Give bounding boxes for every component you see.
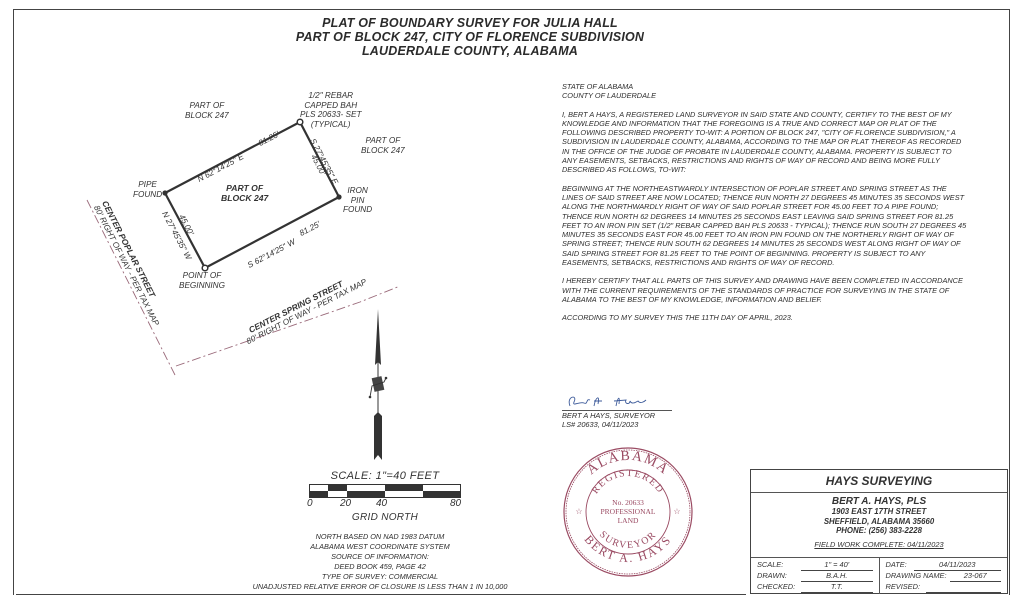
scale-value: 1" = 40' bbox=[801, 560, 873, 571]
label-line: FOUND bbox=[343, 205, 372, 215]
company-phone: PHONE: (256) 383-2228 bbox=[751, 526, 1007, 536]
note-closure: UNADJUSTED RELATIVE ERROR OF CLOSURE IS … bbox=[230, 582, 530, 592]
county-line: COUNTY OF LAUDERDALE bbox=[562, 91, 967, 100]
scale-bar-graphic bbox=[310, 485, 460, 497]
scale-label: SCALE: bbox=[757, 560, 801, 571]
adjacent-parcel-ne: PART OF BLOCK 247 bbox=[361, 136, 405, 155]
label-line: PIN bbox=[343, 196, 372, 206]
star-icon: ☆ bbox=[673, 507, 680, 516]
signature-block: BERT A HAYS, SURVEYOR LS# 20633, 04/11/2… bbox=[562, 392, 672, 429]
note-source-heading: SOURCE OF INFORMATION: bbox=[230, 552, 530, 562]
scale-bar bbox=[309, 484, 461, 498]
corner-pipe-found bbox=[162, 190, 167, 195]
certification-paragraph: I, BERT A HAYS, A REGISTERED LAND SURVEY… bbox=[562, 110, 967, 175]
seal-professional: PROFESSIONAL bbox=[600, 507, 655, 516]
signature-line bbox=[562, 392, 672, 411]
standards-certification: I HEREBY CERTIFY THAT ALL PARTS OF THIS … bbox=[562, 276, 967, 304]
drawing-info: SCALE:1" = 40' DRAWN:B.A.H. CHECKED:T.T.… bbox=[751, 557, 1007, 594]
graphic-scale: SCALE: 1"=40 FEET 0 20 40 80 GRID NORTH bbox=[290, 470, 480, 523]
surveyor-pls: BERT A. HAYS, PLS bbox=[751, 496, 1007, 507]
date-value: 04/11/2023 bbox=[914, 560, 1002, 571]
revised-value bbox=[926, 582, 1002, 593]
scale-ticks: 0 20 40 80 bbox=[300, 498, 470, 510]
drawn-value: B.A.H. bbox=[801, 571, 873, 582]
label-line: IRON bbox=[343, 186, 372, 196]
corner-point-of-beginning bbox=[202, 265, 208, 271]
rebar-set-note: 1/2" REBAR CAPPED BAH PLS 20633- SET (TY… bbox=[300, 91, 361, 129]
checked-value: T.T. bbox=[801, 582, 873, 593]
adjacent-label-line: BLOCK 247 bbox=[361, 146, 405, 156]
legal-description: BEGINNING AT THE NORTHEASTWARDLY INTERSE… bbox=[562, 184, 967, 268]
seal-license: No. 20633 bbox=[612, 498, 644, 507]
date-label: DATE: bbox=[886, 560, 914, 571]
date-row: DATE:04/11/2023 bbox=[886, 560, 1002, 571]
professional-seal: ALABAMA BERT A. HAYS REGISTERED SURVEYOR… bbox=[562, 446, 694, 578]
parcel-label: PART OF BLOCK 247 bbox=[221, 184, 268, 203]
surveyor-name: BERT A HAYS, SURVEYOR bbox=[562, 411, 672, 420]
iron-pin-found-label: IRON PIN FOUND bbox=[343, 186, 372, 215]
adjacent-label-line: BLOCK 247 bbox=[185, 111, 229, 121]
pipe-found-label: PIPE FOUND bbox=[133, 180, 162, 199]
drawn-label: DRAWN: bbox=[757, 571, 801, 582]
label-line: POINT OF bbox=[179, 271, 225, 281]
certificate-header: STATE OF ALABAMA COUNTY OF LAUDERDALE bbox=[562, 82, 967, 101]
adjacent-parcel-nw: PART OF BLOCK 247 bbox=[185, 101, 229, 120]
survey-notes: NORTH BASED ON NAD 1983 DATUM ALABAMA WE… bbox=[230, 532, 530, 592]
survey-date-statement: ACCORDING TO MY SURVEY THIS THE 11TH DAY… bbox=[562, 313, 967, 322]
scale-tick: 0 bbox=[307, 498, 313, 509]
note-survey-type: TYPE OF SURVEY: COMMERCIAL bbox=[230, 572, 530, 582]
point-of-beginning-label: POINT OF BEGINNING bbox=[179, 271, 225, 290]
revised-label: REVISED: bbox=[886, 582, 926, 593]
company-address-1: 1903 EAST 17TH STREET bbox=[751, 507, 1007, 517]
signature-icon bbox=[564, 392, 654, 410]
drawing-name-row: DRAWING NAME:23-067 bbox=[886, 571, 1002, 582]
checked-row: CHECKED:T.T. bbox=[757, 582, 873, 593]
corner-iron-pin bbox=[336, 194, 341, 199]
license-number: LS# 20633, 04/11/2023 bbox=[562, 420, 672, 429]
drawing-name-value: 23-067 bbox=[950, 571, 1002, 582]
title-block: HAYS SURVEYING BERT A. HAYS, PLS 1903 EA… bbox=[750, 469, 1008, 594]
note-line: (TYPICAL) bbox=[300, 120, 361, 130]
company-address-2: SHEFFIELD, ALABAMA 35660 bbox=[751, 517, 1007, 527]
adjacent-label-line: PART OF bbox=[185, 101, 229, 111]
label-line: BEGINNING bbox=[179, 281, 225, 291]
field-work-complete: FIELD WORK COMPLETE: 04/11/2023 bbox=[751, 540, 1007, 549]
seal-icon: ALABAMA BERT A. HAYS REGISTERED SURVEYOR… bbox=[562, 446, 694, 578]
scale-tick: 20 bbox=[340, 498, 351, 509]
note-line: CAPPED BAH bbox=[300, 101, 361, 111]
seal-land: LAND bbox=[618, 516, 639, 525]
label-line: FOUND bbox=[133, 190, 162, 200]
drawing-info-left: SCALE:1" = 40' DRAWN:B.A.H. CHECKED:T.T. bbox=[751, 558, 879, 594]
checked-label: CHECKED: bbox=[757, 582, 801, 593]
note-line: PLS 20633- SET bbox=[300, 110, 361, 120]
surveyor-certificate: STATE OF ALABAMA COUNTY OF LAUDERDALE I,… bbox=[562, 82, 967, 332]
revised-row: REVISED: bbox=[886, 582, 1002, 593]
poplar-street-line bbox=[87, 200, 175, 375]
adjacent-label-line: PART OF bbox=[361, 136, 405, 146]
drawing-name-label: DRAWING NAME: bbox=[886, 571, 950, 582]
star-icon: ☆ bbox=[575, 507, 582, 516]
note-datum: NORTH BASED ON NAD 1983 DATUM bbox=[230, 532, 530, 542]
scale-tick: 40 bbox=[376, 498, 387, 509]
seal-inner-top: REGISTERED bbox=[590, 468, 666, 496]
note-deed-book: DEED BOOK 459, PAGE 42 bbox=[230, 562, 530, 572]
drawn-row: DRAWN:B.A.H. bbox=[757, 571, 873, 582]
scale-tick: 80 bbox=[450, 498, 461, 509]
north-arrow-icon bbox=[369, 309, 388, 460]
label-line: PIPE bbox=[133, 180, 162, 190]
grid-north-label: GRID NORTH bbox=[290, 512, 480, 523]
label-line: BLOCK 247 bbox=[221, 194, 268, 204]
state-line: STATE OF ALABAMA bbox=[562, 82, 967, 91]
note-line: 1/2" REBAR bbox=[300, 91, 361, 101]
scale-title: SCALE: 1"=40 FEET bbox=[290, 470, 480, 482]
company-name: HAYS SURVEYING bbox=[751, 470, 1007, 493]
note-coordinate-system: ALABAMA WEST COORDINATE SYSTEM bbox=[230, 542, 530, 552]
scale-row: SCALE:1" = 40' bbox=[757, 560, 873, 571]
drawing-info-right: DATE:04/11/2023 DRAWING NAME:23-067 REVI… bbox=[879, 558, 1008, 594]
company-info: BERT A. HAYS, PLS 1903 EAST 17TH STREET … bbox=[751, 493, 1007, 536]
svg-text:REGISTERED: REGISTERED bbox=[590, 468, 666, 496]
